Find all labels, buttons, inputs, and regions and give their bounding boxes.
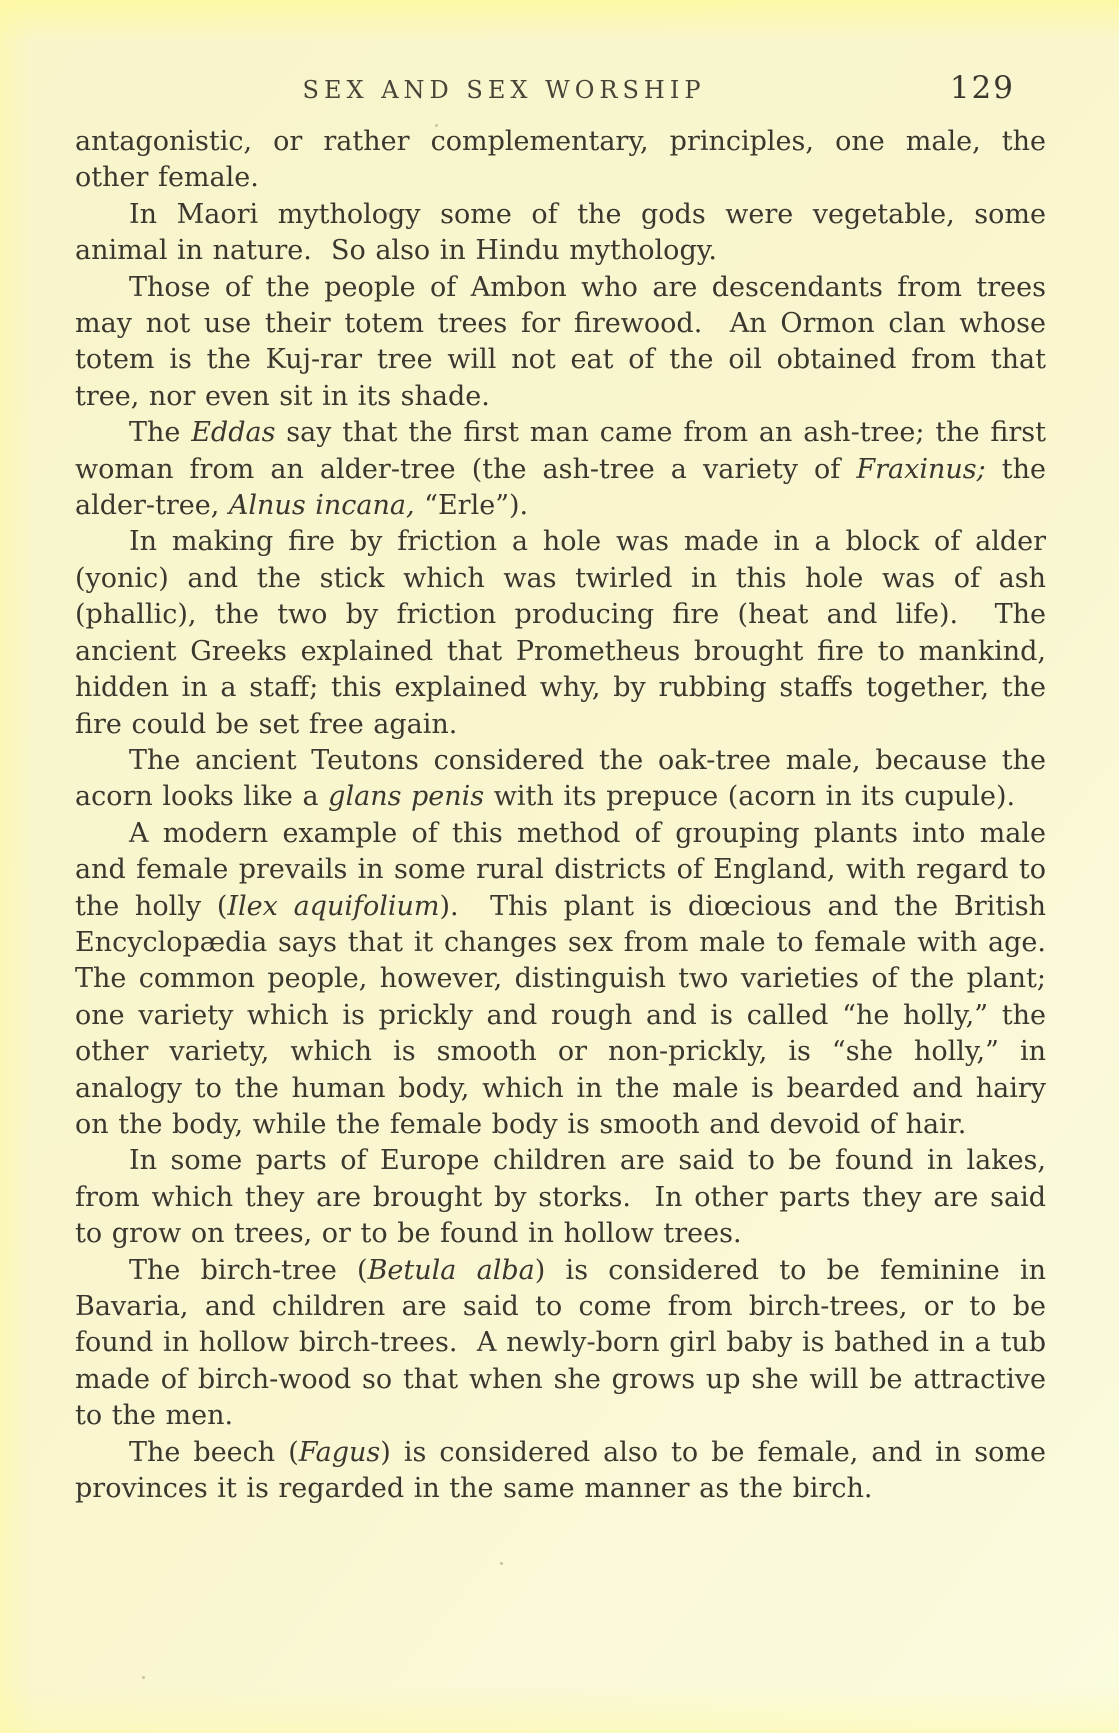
- running-title: SEX AND SEX WORSHIP: [303, 76, 706, 104]
- paragraph: The birch-tree (Betula alba) is consider…: [75, 1253, 1046, 1435]
- text-run: Betula alba: [368, 1255, 535, 1286]
- paragraph: The ancient Teutons considered the oak-t…: [75, 743, 1046, 816]
- scan-speck: [500, 1562, 503, 1565]
- book-page-scan: SEX AND SEX WORSHIP 129 antagonistic, or…: [0, 0, 1119, 1733]
- text-run: Those of the people of Ambon who are des…: [75, 272, 1056, 412]
- running-header: SEX AND SEX WORSHIP 129: [75, 74, 1045, 112]
- text-run: glans penis: [328, 781, 484, 812]
- scan-speck: [386, 212, 389, 215]
- text-run: ). This plant is diœcious and the Britis…: [75, 891, 1065, 1140]
- text-run: Alnus incana,: [229, 490, 415, 521]
- text-run: Ilex aquifolium: [227, 891, 439, 922]
- paragraph: In making fire by friction a hole was ma…: [75, 524, 1046, 742]
- text-run: In making fire by friction a hole was ma…: [75, 526, 1056, 739]
- text-run: In some parts of Europe children are sai…: [75, 1145, 1056, 1249]
- scan-speck: [1008, 136, 1012, 140]
- paragraph: The beech (Fagus) is considered also to …: [75, 1435, 1046, 1508]
- text-run: The: [129, 417, 191, 448]
- paragraph: In some parts of Europe children are sai…: [75, 1143, 1046, 1252]
- text-run: Fagus: [299, 1437, 381, 1468]
- paragraph: Those of the people of Ambon who are des…: [75, 270, 1046, 416]
- page-body: antagonistic, or rather complementary, p…: [75, 124, 1046, 1507]
- text-run: Fraxinus;: [856, 454, 985, 485]
- paragraph: A modern example of this method of group…: [75, 816, 1046, 1144]
- page-number: 129: [950, 70, 1015, 106]
- text-run: The beech (: [129, 1437, 299, 1468]
- paragraph: In Maori mythology some of the gods were…: [75, 197, 1046, 270]
- text-run: In Maori mythology some of the gods were…: [75, 199, 1056, 266]
- paragraph: antagonistic, or rather complementary, p…: [75, 124, 1046, 197]
- paragraph: The Eddas say that the first man came fr…: [75, 415, 1046, 524]
- text-run: antagonistic, or rather complementary, p…: [75, 126, 1056, 193]
- text-run: “Erle”).: [415, 490, 529, 521]
- text-run: with its prepuce (acorn in its cupule).: [484, 781, 1015, 812]
- text-run: The birch-tree (: [129, 1255, 368, 1286]
- text-run: Eddas: [191, 417, 275, 448]
- scan-speck: [435, 124, 438, 127]
- scan-speck: [142, 1676, 145, 1679]
